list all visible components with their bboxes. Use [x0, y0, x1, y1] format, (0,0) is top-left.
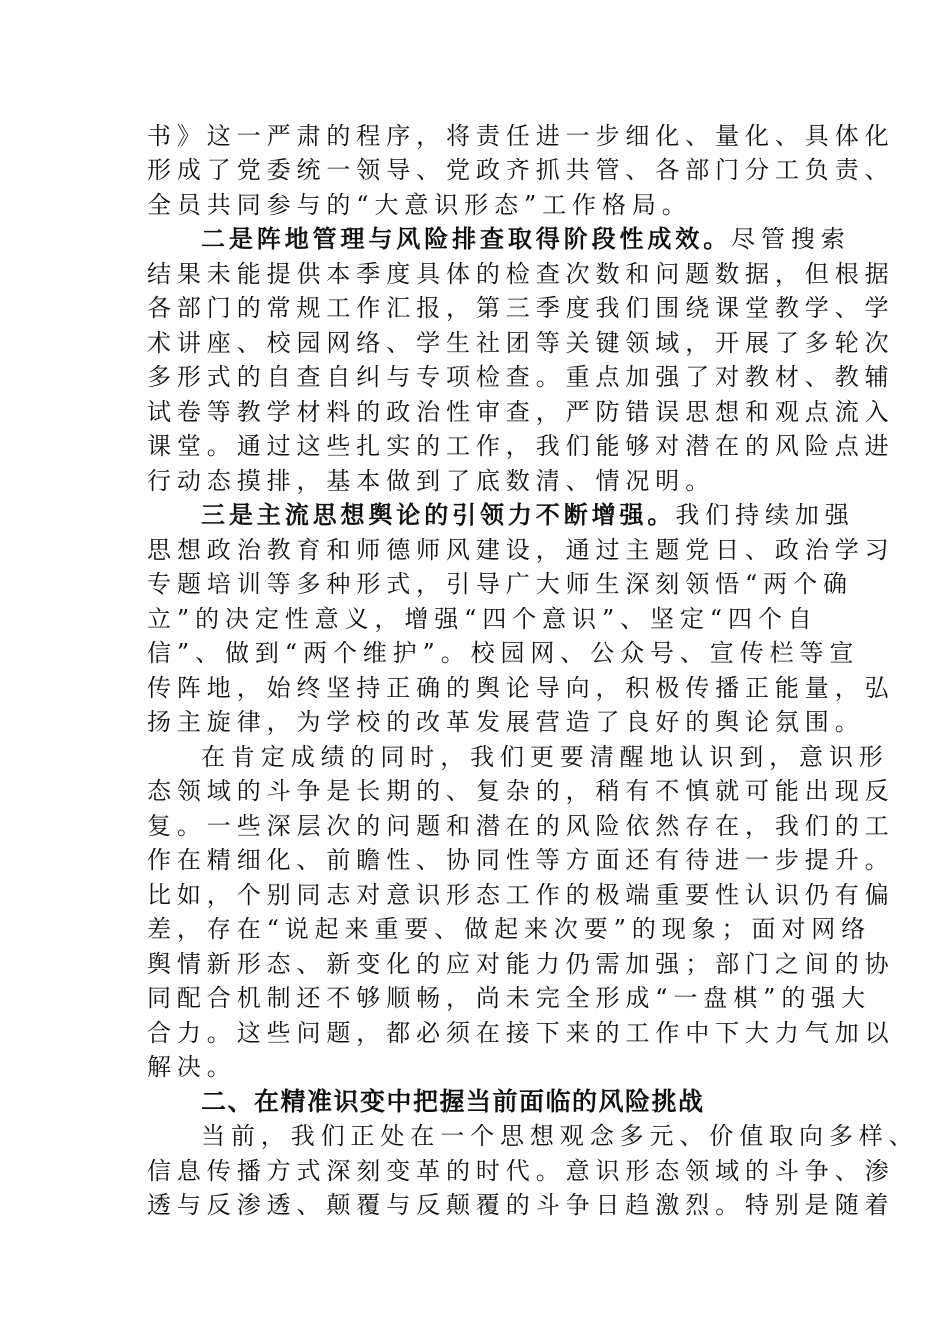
paragraph-line: 全员共同参与的“大意识形态”工作格局。 — [147, 188, 807, 222]
paragraph-text: 尽管搜索 — [731, 225, 851, 253]
paragraph-line: 复。一些深层次的问题和潜在的风险依然存在，我们的工 — [147, 809, 807, 843]
paragraph-text: 我们持续加强 — [675, 501, 854, 529]
paragraph-line: 传阵地，始终坚持正确的舆论导向，积极传播正能量，弘 — [147, 671, 807, 705]
paragraph-line: 多形式的自查自纠与专项检查。重点加强了对教材、教辅 — [147, 360, 807, 394]
paragraph-line: 合力。这些问题，都必须在接下来的工作中下大力气加以 — [147, 1016, 807, 1050]
paragraph-line: 课堂。通过这些扎实的工作，我们能够对潜在的风险点进 — [147, 429, 807, 463]
paragraph-line: 立”的决定性意义，增强“四个意识”、坚定“四个自 — [147, 602, 807, 636]
paragraph-line: 书》这一严肃的程序，将责任进一步细化、量化、具体化 — [147, 119, 807, 153]
paragraph-line: 差，存在“说起来重要、做起来次要”的现象；面对网络 — [147, 912, 807, 946]
bold-lead-text: 三是主流思想舆论的引领力不断增强。 — [201, 500, 675, 529]
paragraph-first-line: 当前，我们正处在一个思想观念多元、价值取向多样、 — [201, 1119, 821, 1153]
paragraph-first-line: 三是主流思想舆论的引领力不断增强。我们持续加强 — [201, 498, 807, 532]
paragraph-line: 形成了党委统一领导、党政齐抓共管、各部门分工负责、 — [147, 153, 807, 187]
paragraph-line: 同配合机制还不够顺畅，尚未完全形成“一盘棋”的强大 — [147, 981, 807, 1015]
paragraph-first-line: 在肯定成绩的同时，我们更要清醒地认识到，意识形 — [201, 740, 807, 774]
paragraph-line: 透与反渗透、颠覆与反颠覆的斗争日趋激烈。特别是随着 — [147, 1188, 807, 1222]
paragraph-line: 舆情新形态、新变化的应对能力仍需加强；部门之间的协 — [147, 947, 807, 981]
paragraph-line: 信息传播方式深刻变革的时代。意识形态领域的斗争、渗 — [147, 1154, 807, 1188]
paragraph-line: 扬主旋律，为学校的改革发展营造了良好的舆论氛围。 — [147, 705, 807, 739]
paragraph-first-line: 二是阵地管理与风险排查取得阶段性成效。尽管搜索 — [201, 222, 807, 256]
paragraph-line: 解决。 — [147, 1050, 807, 1084]
section-heading: 二、在精准识变中把握当前面临的风险挑战 — [201, 1085, 807, 1119]
paragraph-line: 各部门的常规工作汇报，第三季度我们围绕课堂教学、学 — [147, 291, 807, 325]
paragraph-line: 态领域的斗争是长期的、复杂的，稍有不慎就可能出现反 — [147, 774, 807, 808]
paragraph-line: 作在精细化、前瞻性、协同性等方面还有待进一步提升。 — [147, 843, 807, 877]
document-page: 书》这一严肃的程序，将责任进一步细化、量化、具体化 形成了党委统一领导、党政齐抓… — [0, 0, 950, 1344]
bold-lead-text: 二是阵地管理与风险排查取得阶段性成效。 — [201, 224, 731, 253]
paragraph-line: 专题培训等多种形式，引导广大师生深刻领悟“两个确 — [147, 567, 807, 601]
paragraph-line: 结果未能提供本季度具体的检查次数和问题数据，但根据 — [147, 257, 807, 291]
paragraph-line: 思想政治教育和师德师风建设，通过主题党日、政治学习 — [147, 533, 807, 567]
paragraph-line: 信”、做到“两个维护”。校园网、公众号、宣传栏等宣 — [147, 636, 807, 670]
paragraph-line: 术讲座、校园网络、学生社团等关键领域，开展了多轮次 — [147, 326, 807, 360]
paragraph-line: 行动态摸排，基本做到了底数清、情况明。 — [147, 464, 807, 498]
paragraph-line: 比如，个别同志对意识形态工作的极端重要性认识仍有偏 — [147, 878, 807, 912]
paragraph-line: 试卷等教学材料的政治性审查，严防错误思想和观点流入 — [147, 395, 807, 429]
